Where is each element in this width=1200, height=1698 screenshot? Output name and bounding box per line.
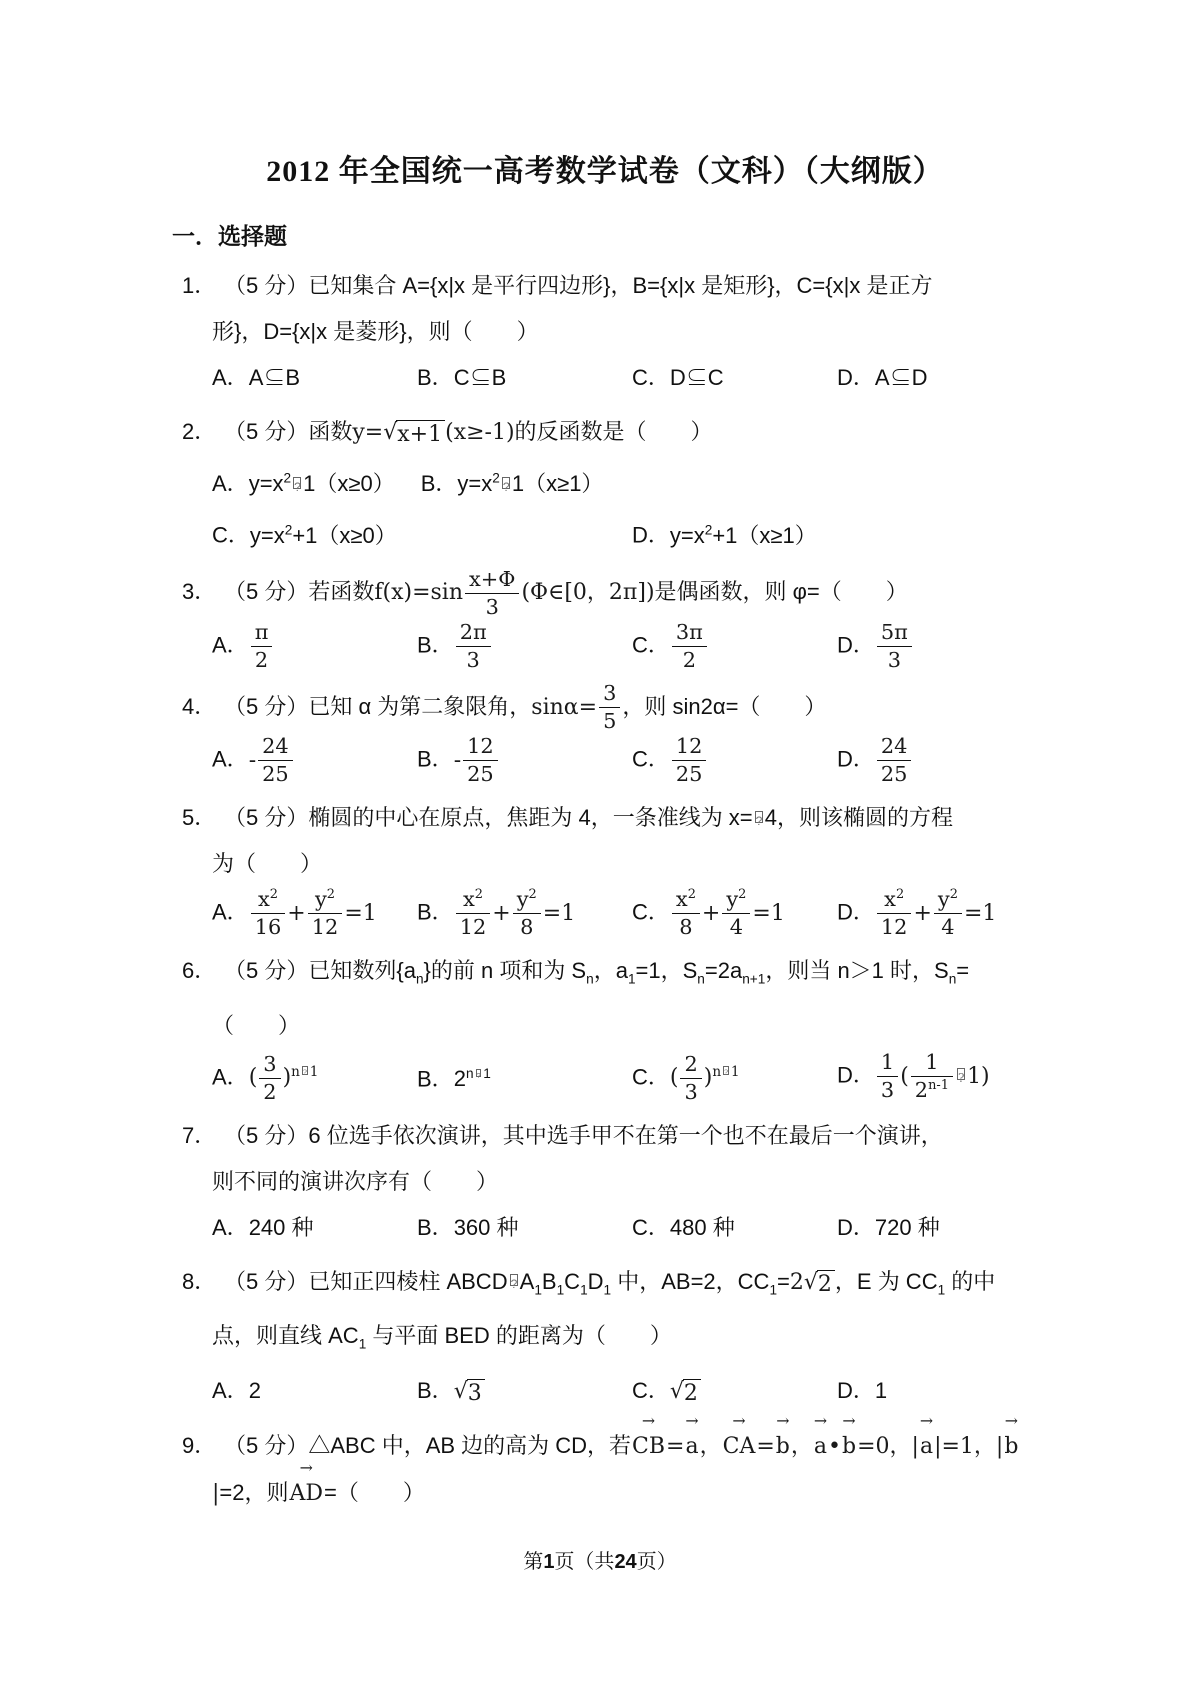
question-stem: 2．（5 分）函数y=√x+1(x≥-1)的反函数是（ ） <box>170 409 1040 456</box>
fraction: 5π3 <box>877 620 912 673</box>
option-c: C．√2 <box>632 1368 837 1415</box>
stem-text: （5 分）函数y=√x+1(x≥-1)的反函数是（ ） <box>224 419 713 444</box>
option-value: 3π2 <box>670 632 709 657</box>
missing-glyph-box: ? <box>723 1066 729 1074</box>
missing-glyph-box: ? <box>510 1274 518 1286</box>
option-value: 2425 <box>875 747 914 772</box>
fraction: 23 <box>680 1052 701 1105</box>
option-label: D． <box>837 747 875 772</box>
stem-text: 为（ ） <box>212 851 322 876</box>
sqrt-radical: √3 <box>454 1379 485 1406</box>
sqrt-radical: √2 <box>804 1270 835 1297</box>
option-label: D． <box>837 1378 875 1403</box>
option-value: 240 种 <box>249 1215 314 1240</box>
question-stems: 1．（5 分）已知集合 A={x|x 是平行四边形}，B={x|x 是矩形}，C… <box>170 263 1040 355</box>
footer-prefix: 第 <box>523 1551 543 1573</box>
option-c: C．1225 <box>632 734 837 787</box>
fraction: 3π2 <box>672 620 707 673</box>
stem-text: |=2，则→AD=（ ） <box>212 1480 425 1505</box>
question: 3．（5 分）若函数f(x)=sinx+Φ3(Φ∈[0，2π])是偶函数，则 φ… <box>170 567 1040 673</box>
option-d: D．1 <box>837 1368 1040 1414</box>
vector: →b <box>776 1424 790 1470</box>
option-b: B．x212+y28=1 <box>417 887 632 940</box>
question: 4．（5 分）已知 α 为第二象限角，sinα=35，则 sin2α=（ ） A… <box>170 681 1040 787</box>
options-row: C．y=x2+1（x≥0）D．y=x2+1（x≥1） <box>170 507 1040 558</box>
question: 8．（5 分）已知正四棱柱 ABCD?A1B1C1D1 中，AB=2，CC1=2… <box>170 1259 1040 1415</box>
fraction: 32 <box>259 1052 280 1105</box>
question-stems: 6．（5 分）已知数列{an}的前 n 项和为 Sn，a1=1，Sn=2an+1… <box>170 948 1040 1048</box>
question-stem: 8．（5 分）已知正四棱柱 ABCD?A1B1C1D1 中，AB=2，CC1=2… <box>170 1259 1040 1313</box>
options-row: A．A⊆BB．C⊆BC．D⊆CD．A⊆D <box>170 355 1040 401</box>
option-label: D． <box>632 523 670 548</box>
option-d: D．13(12n-1?1) <box>837 1050 1040 1103</box>
question-stem: 5．（5 分）椭圆的中心在原点，焦距为 4，一条准线为 x=?4，则该椭圆的方程 <box>170 795 1040 841</box>
question: 9．（5 分）△ABC 中，AB 边的高为 CD，若→CB=→a，→CA=→b，… <box>170 1423 1040 1517</box>
options-row: A．x216+y212=1B．x212+y28=1C．x28+y24=1D．x2… <box>170 887 1040 940</box>
question-stems: 9．（5 分）△ABC 中，AB 边的高为 CD，若→CB=→a，→CA=→b，… <box>170 1423 1040 1517</box>
missing-glyph-box: ? <box>957 1068 965 1080</box>
option-value: √2 <box>670 1378 701 1403</box>
option-value: A⊆B <box>249 365 300 390</box>
option-value: -1225 <box>454 747 500 772</box>
fraction: y212 <box>308 887 343 940</box>
footer-total-pages: 24 <box>614 1551 636 1573</box>
question-stems: 3．（5 分）若函数f(x)=sinx+Φ3(Φ∈[0，2π])是偶函数，则 φ… <box>170 567 1040 620</box>
option-value: (23)n?1 <box>670 1064 740 1089</box>
option-label: D． <box>837 632 875 657</box>
question-stem-continuation: 为（ ） <box>170 841 1040 887</box>
option-a: A．(32)n?1 <box>212 1049 417 1105</box>
option-label: B． <box>417 747 454 772</box>
option-label: A． <box>212 1215 249 1240</box>
option-value: (32)n?1 <box>249 1064 319 1089</box>
vector: →AD <box>290 1471 324 1517</box>
fraction: x216 <box>251 887 286 940</box>
option-c: C．y=x2+1（x≥0） <box>212 507 632 558</box>
option-label: B． <box>417 1215 454 1240</box>
option-label: C． <box>212 523 250 548</box>
option-d: D．y=x2+1（x≥1） <box>632 507 1040 558</box>
option-value: x28+y24=1 <box>670 900 785 925</box>
fraction: 2π3 <box>456 620 491 673</box>
question-stem-continuation: 点，则直线 AC1 与平面 BED 的距离为（ ） <box>170 1313 1040 1367</box>
option-value: 720 种 <box>875 1215 940 1240</box>
stem-text: （5 分）△ABC 中，AB 边的高为 CD，若→CB=→a，→CA=→b，→a… <box>224 1433 1019 1458</box>
vector: →a <box>920 1424 933 1470</box>
option-label: C． <box>632 1064 670 1089</box>
fraction: 1225 <box>672 734 707 787</box>
option-value: √3 <box>454 1378 485 1403</box>
option-a: A．x216+y212=1 <box>212 887 417 940</box>
option-a: A．y=x2?1（x≥0） <box>212 471 395 496</box>
option-d: D．x212+y24=1 <box>837 887 1040 940</box>
option-b: B．C⊆B <box>417 355 632 401</box>
option-label: D． <box>837 1063 875 1088</box>
options-row: A．2B．√3C．√2D．1 <box>170 1368 1040 1415</box>
option-label: A． <box>212 1378 249 1403</box>
option-label: C． <box>632 1215 670 1240</box>
question-stem-continuation: 则不同的演讲次序有（ ） <box>170 1159 1040 1205</box>
option-value: y=x2?1（x≥0） <box>249 471 395 496</box>
options-row: A．(32)n?1B．2n?1C．(23)n?1D．13(12n-1?1) <box>170 1049 1040 1105</box>
option-label: A． <box>212 900 249 925</box>
fraction: 2425 <box>258 734 293 787</box>
question-number: 3． <box>182 569 224 615</box>
missing-glyph-box: ? <box>502 477 510 489</box>
option-d: D．5π3 <box>837 620 1040 673</box>
option-value: y=x2?1（x≥1） <box>457 471 603 496</box>
option-value: π2 <box>249 632 275 657</box>
option-label: D． <box>837 900 875 925</box>
stem-text: （5 分）6 位选手依次演讲，其中选手甲不在第一个也不在最后一个演讲， <box>224 1123 943 1148</box>
vector: →b <box>842 1424 856 1470</box>
question-number: 1． <box>182 263 224 309</box>
footer-suffix: 页） <box>637 1551 677 1573</box>
option-value: y=x2+1（x≥0） <box>250 523 397 548</box>
option-value: 1225 <box>670 747 709 772</box>
question-number: 5． <box>182 795 224 841</box>
vector: →CA <box>723 1424 756 1470</box>
option-value: x212+y24=1 <box>875 900 997 925</box>
stem-text: （5 分）椭圆的中心在原点，焦距为 4，一条准线为 x=?4，则该椭圆的方程 <box>224 805 953 830</box>
option-d: D．A⊆D <box>837 355 1040 401</box>
missing-glyph-box: ? <box>302 1066 308 1074</box>
option-label: B． <box>417 365 454 390</box>
question-stems: 7．（5 分）6 位选手依次演讲，其中选手甲不在第一个也不在最后一个演讲，则不同… <box>170 1113 1040 1205</box>
option-label: B． <box>417 632 454 657</box>
stem-text: （5 分）若函数f(x)=sinx+Φ3(Φ∈[0，2π])是偶函数，则 φ=（… <box>224 579 908 604</box>
options-row: A．y=x2?1（x≥0）B．y=x2?1（x≥1） <box>170 456 1040 507</box>
fraction: x+Φ3 <box>465 567 519 620</box>
option-value: x212+y28=1 <box>454 900 576 925</box>
option-a: A．240 种 <box>212 1205 417 1251</box>
question-stem-continuation: （ ） <box>170 1003 1040 1049</box>
option-label: A． <box>212 1064 249 1089</box>
option-c: C．D⊆C <box>632 355 837 401</box>
fraction: 13 <box>877 1050 898 1103</box>
option-value: 1 <box>875 1378 887 1403</box>
option-value: C⊆B <box>454 365 507 390</box>
option-b: B．360 种 <box>417 1205 632 1251</box>
option-c: C．3π2 <box>632 620 837 673</box>
option-b: B．2n?1 <box>417 1051 632 1102</box>
question-number: 6． <box>182 948 224 994</box>
missing-glyph-box: ? <box>476 1069 482 1077</box>
option-value: A⊆D <box>875 365 928 390</box>
option-label: C． <box>632 900 670 925</box>
option-b: B．-1225 <box>417 734 632 787</box>
fraction: y24 <box>934 887 962 940</box>
question-stems: 5．（5 分）椭圆的中心在原点，焦距为 4，一条准线为 x=?4，则该椭圆的方程… <box>170 795 1040 887</box>
vector: →CB <box>632 1424 665 1470</box>
stem-text: （ ） <box>212 1013 300 1038</box>
option-d: D．2425 <box>837 734 1040 787</box>
fraction: 2425 <box>877 734 912 787</box>
option-label: C． <box>632 365 670 390</box>
vector: →a <box>685 1424 698 1470</box>
question-number: 9． <box>182 1423 224 1469</box>
option-a: A．π2 <box>212 620 417 673</box>
fraction: x212 <box>877 887 912 940</box>
question: 1．（5 分）已知集合 A={x|x 是平行四边形}，B={x|x 是矩形}，C… <box>170 263 1040 401</box>
option-c: C．x28+y24=1 <box>632 887 837 940</box>
options-row: A．240 种B．360 种C．480 种D．720 种 <box>170 1205 1040 1251</box>
page-footer: 第1页（共24页） <box>0 1545 1200 1574</box>
question-number: 8． <box>182 1259 224 1305</box>
option-value: 2 <box>249 1378 261 1403</box>
question-stem: 4．（5 分）已知 α 为第二象限角，sinα=35，则 sin2α=（ ） <box>170 681 1040 734</box>
option-value: 360 种 <box>454 1215 519 1240</box>
question-stem: 7．（5 分）6 位选手依次演讲，其中选手甲不在第一个也不在最后一个演讲， <box>170 1113 1040 1159</box>
option-a: A．2 <box>212 1368 417 1414</box>
fraction: y24 <box>722 887 750 940</box>
option-label: C． <box>632 747 670 772</box>
option-value: x216+y212=1 <box>249 900 377 925</box>
missing-glyph-box: ? <box>293 477 301 489</box>
question-stem: 3．（5 分）若函数f(x)=sinx+Φ3(Φ∈[0，2π])是偶函数，则 φ… <box>170 567 1040 620</box>
question: 2．（5 分）函数y=√x+1(x≥-1)的反函数是（ ） A．y=x2?1（x… <box>170 409 1040 559</box>
question-number: 2． <box>182 409 224 455</box>
option-a: A．A⊆B <box>212 355 417 401</box>
options-row: A．π2B．2π3C．3π2D．5π3 <box>170 620 1040 673</box>
stem-text: （5 分）已知正四棱柱 ABCD?A1B1C1D1 中，AB=2，CC1=2√2… <box>224 1269 995 1294</box>
fraction: π2 <box>251 620 273 673</box>
question: 6．（5 分）已知数列{an}的前 n 项和为 Sn，a1=1，Sn=2an+1… <box>170 948 1040 1104</box>
page-title: 2012 年全国统一高考数学试卷（文科）（大纲版） <box>170 146 1040 190</box>
option-label: B． <box>417 1378 454 1403</box>
fraction: 12n-1 <box>911 1050 953 1103</box>
vector: →b <box>1004 1424 1018 1470</box>
option-label: B． <box>417 900 454 925</box>
stem-text: 点，则直线 AC1 与平面 BED 的距离为（ ） <box>212 1323 672 1348</box>
option-value: 2n?1 <box>454 1066 491 1091</box>
footer-page-number: 1 <box>543 1551 554 1573</box>
option-value: D⊆C <box>670 365 724 390</box>
fraction: x28 <box>672 887 700 940</box>
question-stem-continuation: |=2，则→AD=（ ） <box>170 1470 1040 1517</box>
option-label: A． <box>212 632 249 657</box>
option-label: D． <box>837 365 875 390</box>
question-stem: 6．（5 分）已知数列{an}的前 n 项和为 Sn，a1=1，Sn=2an+1… <box>170 948 1040 1002</box>
question: 7．（5 分）6 位选手依次演讲，其中选手甲不在第一个也不在最后一个演讲，则不同… <box>170 1113 1040 1251</box>
stem-text: （5 分）已知集合 A={x|x 是平行四边形}，B={x|x 是矩形}，C={… <box>224 273 932 298</box>
fraction: x212 <box>456 887 491 940</box>
option-b: B．2π3 <box>417 620 632 673</box>
stem-text: 形}，D={x|x 是菱形}，则（ ） <box>212 319 539 344</box>
section-heading: 一．选择题 <box>172 218 1040 251</box>
question: 5．（5 分）椭圆的中心在原点，焦距为 4，一条准线为 x=?4，则该椭圆的方程… <box>170 795 1040 940</box>
option-label: A． <box>212 365 249 390</box>
stem-text: （5 分）已知 α 为第二象限角，sinα=35，则 sin2α=（ ） <box>224 694 826 719</box>
option-label: C． <box>632 632 670 657</box>
option-b: B．√3 <box>417 1368 632 1415</box>
question-stem-continuation: 形}，D={x|x 是菱形}，则（ ） <box>170 309 1040 355</box>
question-stems: 4．（5 分）已知 α 为第二象限角，sinα=35，则 sin2α=（ ） <box>170 681 1040 734</box>
sqrt-radical: √x+1 <box>383 420 445 447</box>
option-label: D． <box>837 1215 875 1240</box>
option-value: 480 种 <box>670 1215 735 1240</box>
option-value: 2π3 <box>454 632 493 657</box>
fraction: y28 <box>513 887 541 940</box>
fraction: 1225 <box>463 734 498 787</box>
exam-page: 2012 年全国统一高考数学试卷（文科）（大纲版） 一．选择题 1．（5 分）已… <box>0 146 1200 1517</box>
stem-text: 则不同的演讲次序有（ ） <box>212 1169 498 1194</box>
option-label: A． <box>212 747 249 772</box>
question-stem: 1．（5 分）已知集合 A={x|x 是平行四边形}，B={x|x 是矩形}，C… <box>170 263 1040 309</box>
options-row: A．-2425B．-1225C．1225D．2425 <box>170 734 1040 787</box>
question-list: 1．（5 分）已知集合 A={x|x 是平行四边形}，B={x|x 是矩形}，C… <box>170 263 1040 1517</box>
option-c: C．(23)n?1 <box>632 1049 837 1105</box>
option-a: A．-2425 <box>212 734 417 787</box>
option-d: D．720 种 <box>837 1205 1040 1251</box>
option-value: 13(12n-1?1) <box>875 1063 990 1088</box>
question-number: 4． <box>182 684 224 730</box>
question-number: 7． <box>182 1113 224 1159</box>
stem-text: （5 分）已知数列{an}的前 n 项和为 Sn，a1=1，Sn=2an+1，则… <box>224 958 969 983</box>
vector: →a <box>814 1424 827 1470</box>
footer-middle: 页（共 <box>554 1551 614 1573</box>
option-value: -2425 <box>249 747 295 772</box>
question-stems: 2．（5 分）函数y=√x+1(x≥-1)的反函数是（ ） <box>170 409 1040 456</box>
option-label: A． <box>212 471 249 496</box>
option-label: C． <box>632 1378 670 1403</box>
option-b: B．y=x2?1（x≥1） <box>421 471 604 496</box>
option-c: C．480 种 <box>632 1205 837 1251</box>
fraction: 35 <box>599 681 620 734</box>
option-label: B． <box>417 1066 454 1091</box>
missing-glyph-box: ? <box>755 811 763 823</box>
sqrt-radical: √2 <box>670 1379 701 1406</box>
option-value: y=x2+1（x≥1） <box>670 523 817 548</box>
question-stems: 8．（5 分）已知正四棱柱 ABCD?A1B1C1D1 中，AB=2，CC1=2… <box>170 1259 1040 1368</box>
option-label: B． <box>421 471 458 496</box>
option-value: 5π3 <box>875 632 914 657</box>
